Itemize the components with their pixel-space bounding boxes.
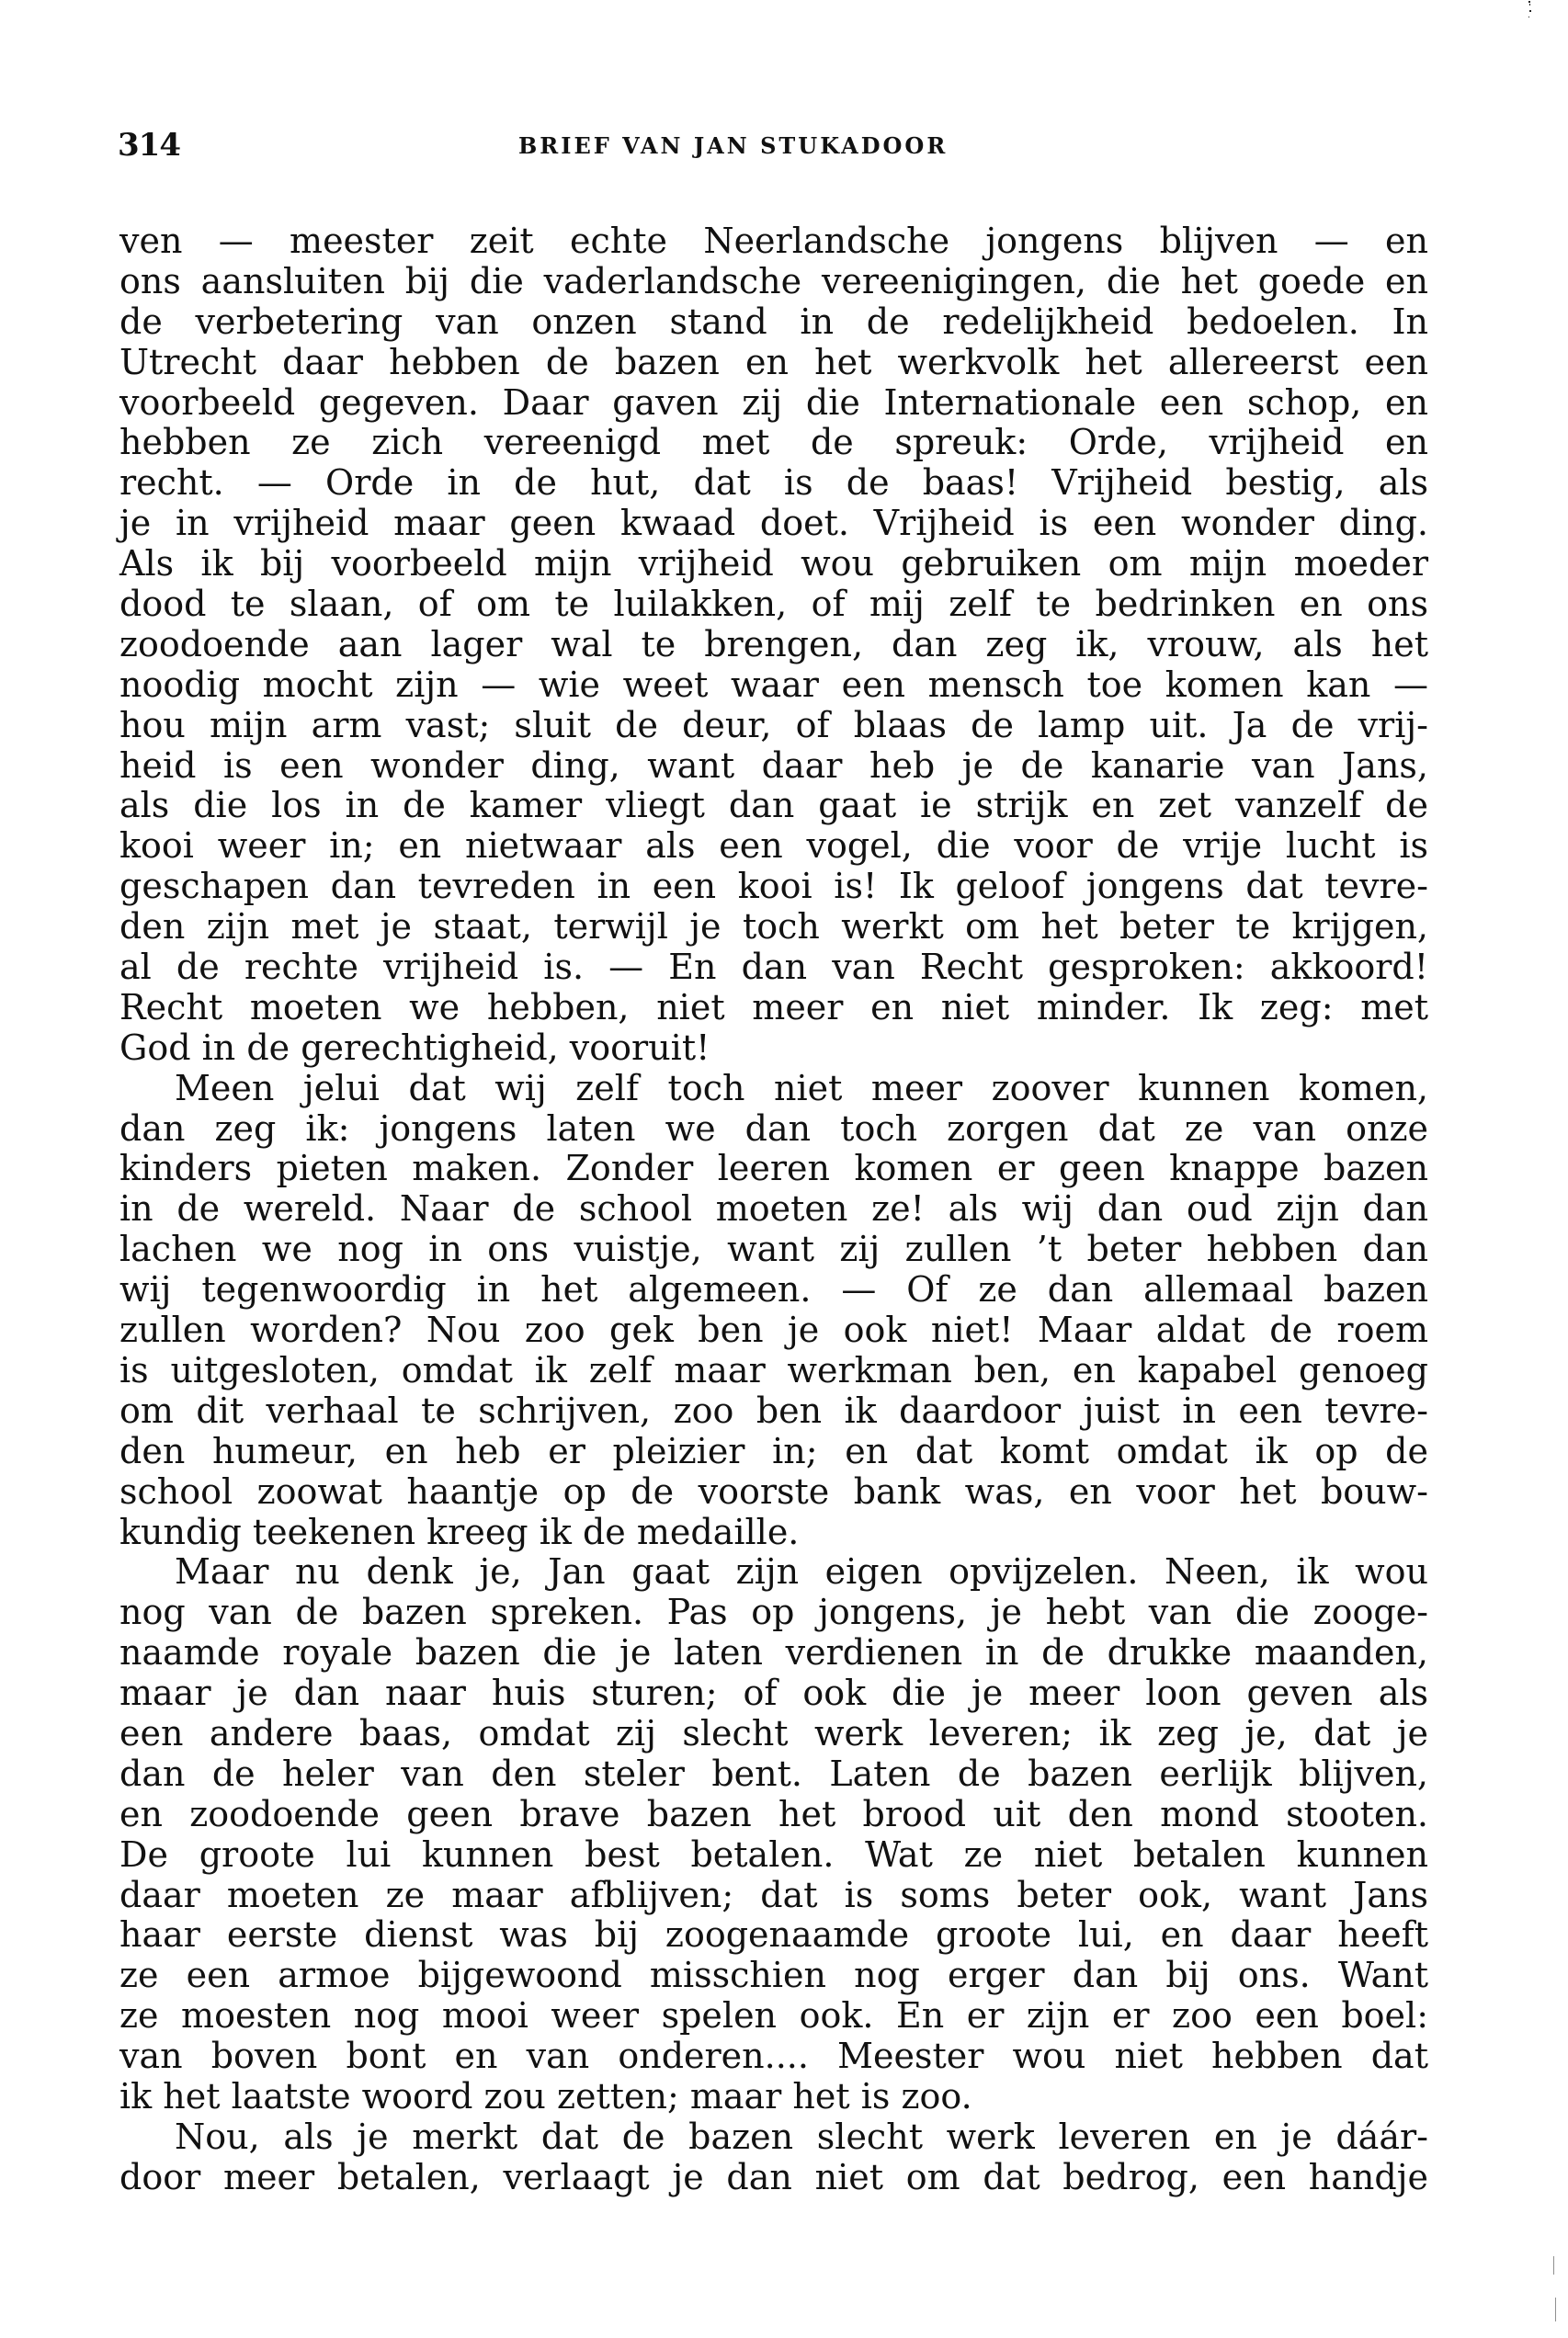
paragraph: Meen jelui dat wij zelf toch niet meer z… [119, 1069, 1428, 1553]
text-line: om dit verhaal te schrijven, zoo ben ik … [119, 1391, 1428, 1432]
text-line: De groote lui kunnen best betalen. Wat z… [119, 1835, 1428, 1876]
text-line: door meer betalen, verlaagt je dan niet … [119, 2158, 1428, 2198]
text-line: Nou, als je merkt dat de bazen slecht we… [119, 2117, 1428, 2158]
scan-speck [1528, 17, 1529, 17]
paragraph: Nou, als je merkt dat de bazen slecht we… [119, 2117, 1428, 2198]
text-line: haar eerste dienst was bij zoogenaamde g… [119, 1915, 1428, 1956]
text-line: ons aansluiten bij die vaderlandsche ver… [119, 262, 1428, 302]
text-line: van boven bont en van onderen.... Meeste… [119, 2037, 1428, 2077]
text-line: school zoowat haantje op de voorste bank… [119, 1472, 1428, 1513]
paragraph: Maar nu denk je, Jan gaat zijn eigen opv… [119, 1552, 1428, 2117]
paragraph: ven — meester zeit echte Neerlandsche jo… [119, 221, 1428, 1069]
text-line: naamde royale bazen die je laten verdien… [119, 1633, 1428, 1674]
text-line: je in vrijheid maar geen kwaad doet. Vri… [119, 504, 1428, 544]
text-line: de verbetering van onzen stand in de red… [119, 302, 1428, 343]
text-line: al de rechte vrijheid is. — En dan van R… [119, 948, 1428, 988]
text-line: noodig mocht zijn — wie weet waar een me… [119, 665, 1428, 706]
text-line: maar je dan naar huis sturen; of ook die… [119, 1674, 1428, 1714]
text-line: lachen we nog in ons vuistje, want zij z… [119, 1230, 1428, 1270]
text-line: recht. — Orde in de hut, dat is de baas!… [119, 463, 1428, 504]
body-text: ven — meester zeit echte Neerlandsche jo… [119, 221, 1428, 2198]
text-line: Utrecht daar hebben de bazen en het werk… [119, 343, 1428, 383]
page-number: 314 [118, 127, 180, 164]
text-line: Maar nu denk je, Jan gaat zijn eigen opv… [119, 1552, 1428, 1593]
text-line: hou mijn arm vast; sluit de deur, of bla… [119, 706, 1428, 746]
page-header: 314 BRIEF VAN JAN STUKADOOR [118, 127, 1428, 164]
scan-speck [1553, 2256, 1554, 2275]
text-line: Als ik bij voorbeeld mijn vrijheid wou g… [119, 544, 1428, 584]
text-line: ze een armoe bijgewoond misschien nog er… [119, 1956, 1428, 1996]
text-line: als die los in de kamer vliegt dan gaat … [119, 786, 1428, 826]
text-line: in de wereld. Naar de school moeten ze! … [119, 1189, 1428, 1230]
text-line: zoodoende aan lager wal te brengen, dan … [119, 625, 1428, 665]
text-line: nog van de bazen spreken. Pas op jongens… [119, 1593, 1428, 1633]
text-line: kundig teekenen kreeg ik de medaille. [119, 1513, 1428, 1553]
running-title: BRIEF VAN JAN STUKADOOR [518, 132, 948, 160]
text-line: Meen jelui dat wij zelf toch niet meer z… [119, 1069, 1428, 1109]
text-line: God in de gerechtigheid, vooruit! [119, 1028, 1428, 1069]
text-line: voorbeeld gegeven. Daar gaven zij die In… [119, 383, 1428, 424]
text-line: Recht moeten we hebben, niet meer en nie… [119, 988, 1428, 1028]
text-line: dan zeg ik: jongens laten we dan toch zo… [119, 1109, 1428, 1150]
text-line: ven — meester zeit echte Neerlandsche jo… [119, 221, 1428, 262]
text-line: zullen worden? Nou zoo gek ben je ook ni… [119, 1311, 1428, 1351]
text-line: den zijn met je staat, terwijl je toch w… [119, 907, 1428, 948]
text-line: geschapen dan tevreden in een kooi is! I… [119, 867, 1428, 907]
text-line: hebben ze zich vereenigd met de spreuk: … [119, 423, 1428, 463]
text-line: kinders pieten maken. Zonder leeren kome… [119, 1149, 1428, 1189]
scan-speck [1529, 4, 1530, 6]
text-line: wij tegenwoordig in het algemeen. — Of z… [119, 1270, 1428, 1311]
text-line: is uitgesloten, omdat ik zelf maar werkm… [119, 1351, 1428, 1391]
text-line: dan de heler van den steler bent. Laten … [119, 1754, 1428, 1795]
scan-speck [1555, 2298, 1556, 2321]
text-line: dood te slaan, of om te luilakken, of mi… [119, 584, 1428, 625]
text-line: kooi weer in; en nietwaar als een vogel,… [119, 826, 1428, 867]
text-line: ze moesten nog mooi weer spelen ook. En … [119, 1996, 1428, 2037]
text-line: den humeur, en heb er pleizier in; en da… [119, 1432, 1428, 1472]
text-line: en zoodoende geen brave bazen het brood … [119, 1795, 1428, 1835]
text-line: heid is een wonder ding, want daar heb j… [119, 746, 1428, 787]
text-line: ik het laatste woord zou zetten; maar he… [119, 2077, 1428, 2117]
text-line: daar moeten ze maar afblijven; dat is so… [119, 1876, 1428, 1916]
text-line: een andere baas, omdat zij slecht werk l… [119, 1714, 1428, 1754]
scan-speck [1528, 1, 1530, 3]
scan-speck [1529, 10, 1531, 12]
